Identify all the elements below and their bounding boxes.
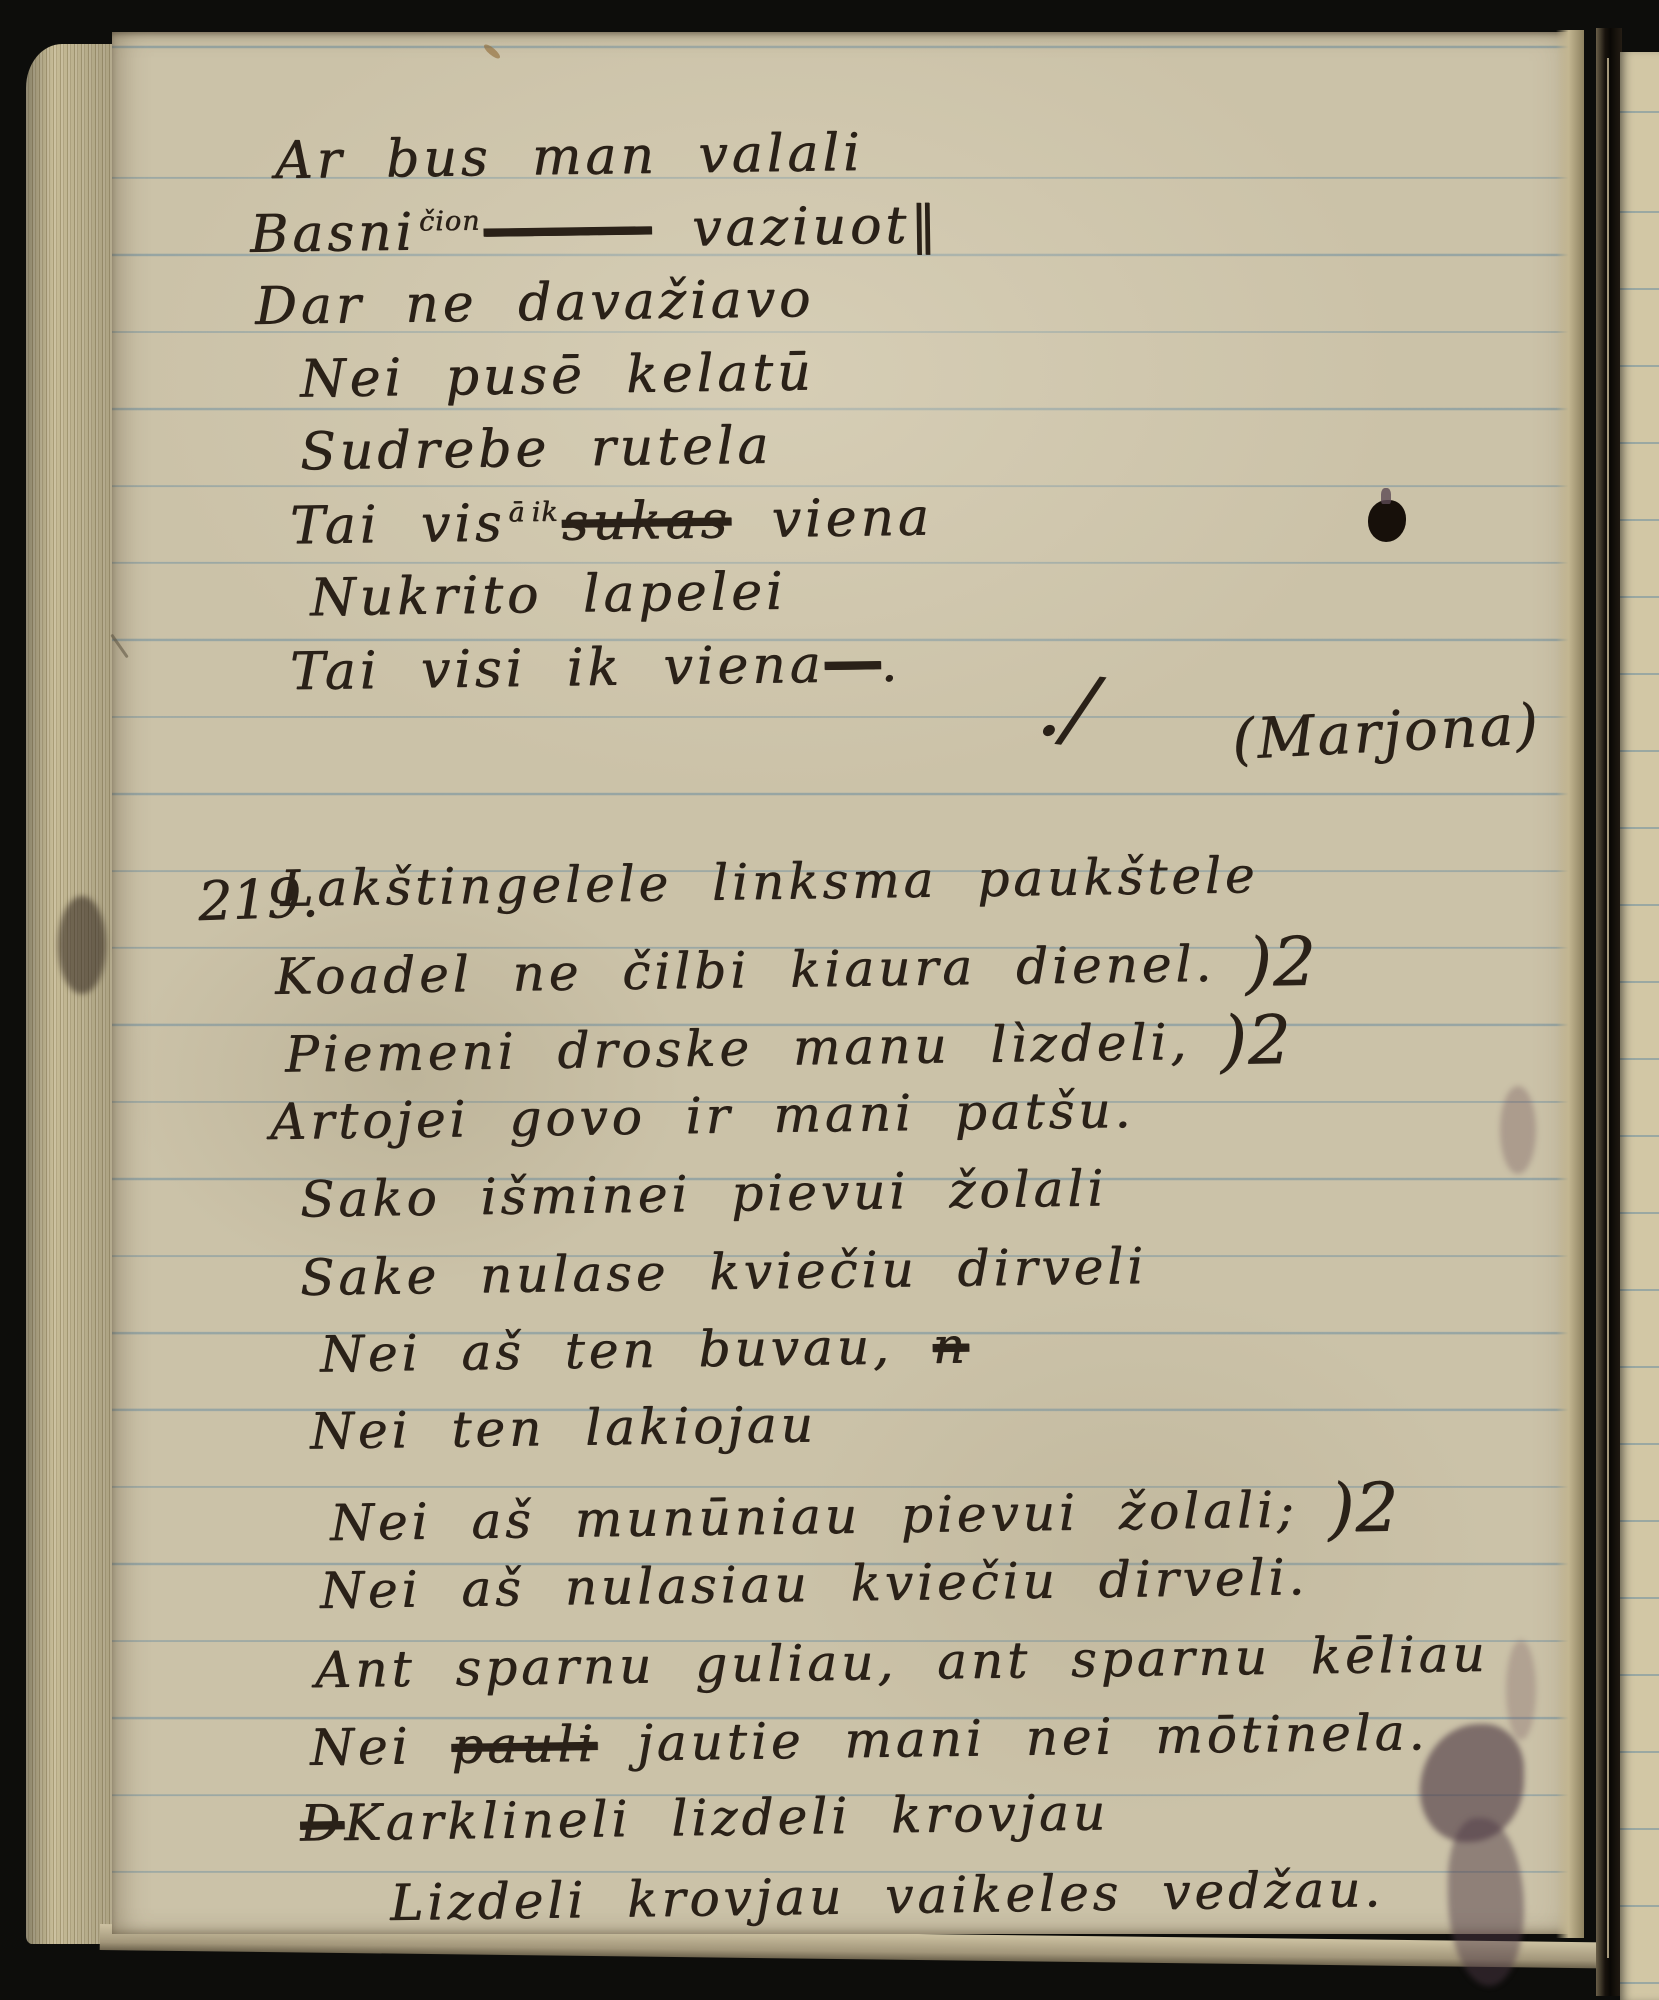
- struck-word: pauli: [451, 1715, 598, 1775]
- word-run: Basni: [250, 203, 417, 265]
- word-run: Nei aš ten buvau,: [320, 1317, 933, 1384]
- word-run: Ar bus man valali: [275, 123, 864, 191]
- manuscript-line: Nei aš nulasiau kviečiu dirveli.: [320, 1551, 1309, 1617]
- scanned-notebook-spread: Ar bus man valaliBasničion——— vaziuot‖Da…: [0, 0, 1659, 2000]
- word-run: Karklineli lizdeli krovjau: [344, 1783, 1110, 1852]
- ink-stain: [1500, 1086, 1536, 1174]
- word-run: )2: [1220, 1000, 1292, 1080]
- superscript-correction: ā: [508, 497, 526, 528]
- manuscript-line: Nei ten lakiojau: [310, 1398, 817, 1458]
- word-run: Nei aš munūniau pievui žolali;: [330, 1481, 1298, 1553]
- manuscript-line: Sudrebe rutela: [300, 419, 773, 480]
- manuscript-line: Sake nulase kviečiu dirveli: [300, 1240, 1148, 1304]
- attribution-marjona: (Marjona): [1231, 692, 1543, 773]
- manuscript-line: Koadel ne čilbi kiaura dienel.)2: [275, 927, 1318, 1012]
- ink-stain: [1506, 1640, 1536, 1740]
- manuscript-line: Sako išminei pievui žolali: [300, 1162, 1108, 1226]
- manuscript-line: Nei pauli jautie mani nei mōtinela.: [310, 1706, 1429, 1774]
- manuscript-line: Nei pusē kelatū: [300, 345, 815, 407]
- word-run: Piemeni droske manu lìzdeli,: [285, 1013, 1191, 1084]
- struck-word: n: [932, 1316, 969, 1374]
- word-run: .: [880, 634, 901, 694]
- word-run: Lakštingelele linksma paukštele: [280, 846, 1259, 918]
- word-run: Tai visi ik viena: [290, 635, 825, 702]
- manuscript-line: DKarklineli lizdeli krovjau: [300, 1786, 1110, 1850]
- struck-word: sukas: [561, 490, 731, 552]
- word-run: Artojei govo ir mani patšu.: [270, 1081, 1135, 1151]
- word-run: Sake nulase kviečiu dirveli: [300, 1237, 1148, 1307]
- ink-smudge-left-edge: [58, 896, 106, 994]
- word-run: Koadel ne čilbi kiaura dienel.: [275, 935, 1216, 1006]
- word-run: ‖: [910, 195, 941, 255]
- manuscript-line: Lakštingelele linksma paukštele: [280, 849, 1259, 915]
- manuscript-line: Ant sparnu guliau, ant sparnu kēliau: [315, 1628, 1489, 1697]
- word-run: Nei: [310, 1717, 452, 1777]
- manuscript-line: Ar bus man valali: [275, 126, 864, 189]
- struck-word: D: [300, 1794, 345, 1853]
- word-run: Sudrebe rutela: [300, 416, 773, 483]
- word-run: Sako išminei pievui žolali: [300, 1159, 1108, 1228]
- manuscript-line: Artojei govo ir mani patšu.: [270, 1084, 1135, 1149]
- manuscript-line: Nei aš ten buvau, n: [320, 1319, 969, 1381]
- word-run: Dar ne davažiavo: [255, 269, 815, 337]
- superscript-correction: ik: [531, 497, 558, 528]
- superscript-correction: čion: [419, 206, 481, 238]
- struck-word: ———: [483, 199, 652, 261]
- word-run: Lizdeli krovjau vaikeles vedžau.: [390, 1860, 1385, 1932]
- manuscript-line: Dar ne davažiavo: [255, 272, 815, 334]
- manuscript-line: Nei aš munūniau pievui žolali;)2: [330, 1473, 1400, 1559]
- word-run: vaziuot: [651, 196, 910, 260]
- manuscript-line: Basničion——— vaziuot‖: [250, 198, 941, 262]
- word-run: Ant sparnu guliau, ant sparnu kēliau: [315, 1625, 1489, 1699]
- struck-word: —: [824, 634, 881, 695]
- manuscript-line: Nukrito lapelei: [310, 565, 787, 626]
- word-run: Nei aš nulasiau kviečiu dirveli.: [320, 1548, 1309, 1620]
- refrain-mark: ./: [1032, 652, 1102, 761]
- manuscript-line: Lizdeli krovjau vaikeles vedžau.: [390, 1863, 1385, 1929]
- word-run: )2: [1327, 1468, 1399, 1548]
- manuscript-line: Tai visi ik viena—.: [290, 637, 902, 700]
- word-run: viena: [731, 488, 934, 551]
- word-run: )2: [1245, 922, 1317, 1002]
- word-run: Nei pusē kelatū: [300, 342, 815, 409]
- handwriting-layer: Ar bus man valaliBasničion——— vaziuot‖Da…: [0, 0, 1659, 2000]
- manuscript-line: Tai visāiksukas viena: [290, 491, 934, 555]
- manuscript-line: Piemeni droske manu lìzdeli,)2: [285, 1005, 1293, 1090]
- word-run: Tai vis: [290, 493, 506, 556]
- word-run: Nei ten lakiojau: [310, 1395, 817, 1460]
- word-run: Nukrito lapelei: [310, 562, 787, 629]
- word-run: jautie mani nei mōtinela.: [597, 1703, 1429, 1773]
